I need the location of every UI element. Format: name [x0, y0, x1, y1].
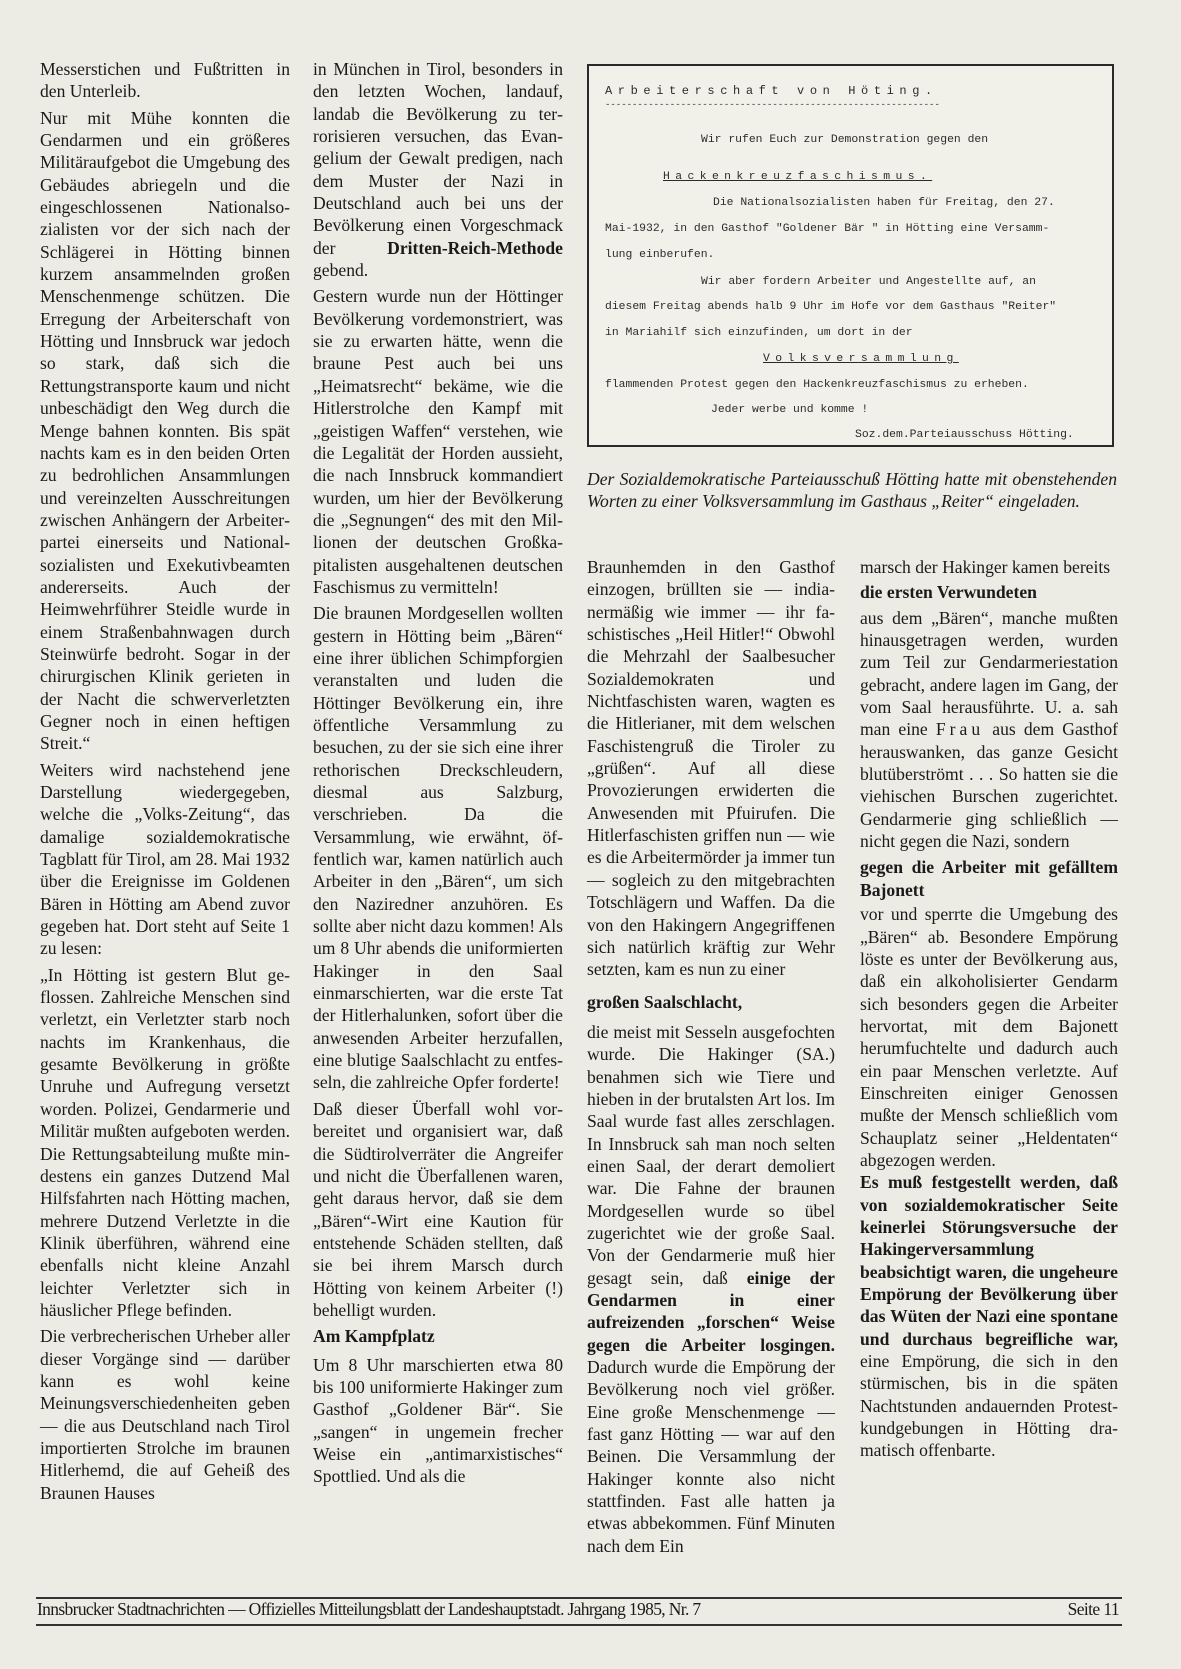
article-column-1: Messerstichen und Fußtritten in den Unte… [40, 58, 290, 1508]
section-heading: gegen die Arbeiter mit gefäll­tem Bajone… [860, 856, 1118, 901]
paragraph: Nur mit Mühe konnten die Gendarmen und e… [40, 107, 290, 755]
letterspaced-word: Frau [936, 719, 984, 739]
bold-emphasis: Es muß festgestellt werden, daß von sozi… [860, 1172, 1118, 1348]
paragraph: vor und sperrte die Umgebung des „Bären“… [860, 903, 1118, 1171]
paragraph: in München in Tirol, besonders in den le… [313, 58, 563, 281]
flyer-line: Die Nationalsozialisten haben für Freita… [713, 197, 1055, 209]
section-heading: Am Kampfplatz [313, 1325, 563, 1347]
paragraph: aus dem „Bären“, manche mußten hinausget… [860, 607, 1118, 853]
paragraph: marsch der Hakinger kamen bereits [860, 556, 1118, 578]
paragraph: Messerstichen und Fußtritten in den Unte… [40, 58, 290, 103]
flyer-line: Mai-1932, in den Gasthof "Goldener Bär "… [605, 223, 1049, 235]
flyer-line: lung einberufen. [605, 249, 714, 261]
flyer-signature: Soz.dem.Parteiausschuss Hötting. [855, 429, 1074, 441]
flyer-line: in Mariahilf sich einzufinden, um dort i… [605, 327, 913, 339]
paragraph: die meist mit Sesseln ausgefoch­ten wurd… [587, 1021, 835, 1557]
paragraph: Um 8 Uhr marschierten etwa 80 bis 100 un… [313, 1354, 563, 1488]
page-number: Seite 11 [1068, 1599, 1119, 1620]
paragraph: Daß dieser Überfall wohl vor­bereitet un… [313, 1098, 563, 1321]
flyer-underlined-heading: Volksversammlung [763, 353, 959, 365]
paragraph: „In Hötting ist gestern Blut ge­flossen.… [40, 964, 290, 1322]
flyer-line: Wir aber fordern Arbeiter und Angestellt… [701, 276, 1036, 288]
section-heading: die ersten Verwundeten [860, 581, 1118, 603]
flyer-rule: ----------------------------------------… [605, 100, 1005, 110]
typewritten-flyer-facsimile: Arbeiterschaft von Höting. -------------… [587, 64, 1114, 447]
footer-publication-title: Innsbrucker Stadtnachrichten — Offiziell… [37, 1599, 701, 1620]
paragraph: Braunhemden in den Gasthof einzogen, brü… [587, 556, 835, 981]
article-column-4: marsch der Hakinger kamen bereits die er… [860, 556, 1118, 1466]
image-caption: Der Sozialdemokratische Parteiausschuß H… [587, 468, 1117, 513]
section-heading: großen Saalschlacht, [587, 991, 835, 1013]
flyer-heading: Arbeiterschaft von Höting. [605, 84, 938, 98]
paragraph: Gestern wurde nun der Höttin­ger Bevölke… [313, 285, 563, 598]
footer-rule [36, 1624, 1122, 1626]
paragraph: Es muß festgestellt werden, daß von sozi… [860, 1171, 1118, 1461]
paragraph: Die braunen Mordgesellen wollten gestern… [313, 602, 563, 1094]
flyer-line: flammenden Protest gegen den Hackenkreuz… [605, 379, 1029, 391]
bold-emphasis: Dritten-Reich-Methode [387, 238, 563, 258]
flyer-line: Jeder werbe und komme ! [711, 404, 868, 416]
flyer-line: Wir rufen Euch zur Demonstration gegen d… [701, 134, 988, 146]
paragraph: Die verbrecherischen Urheber aller diese… [40, 1325, 290, 1504]
flyer-line: diesem Freitag abends halb 9 Uhr im Hofe… [605, 301, 1056, 313]
paragraph: Weiters wird nachstehend jene Darstellun… [40, 759, 290, 960]
article-column-3: Braunhemden in den Gasthof einzogen, brü… [587, 556, 835, 1561]
flyer-underlined-heading: Hackenkreuzfaschismus. [663, 171, 932, 183]
article-column-2: in München in Tirol, besonders in den le… [313, 58, 563, 1492]
